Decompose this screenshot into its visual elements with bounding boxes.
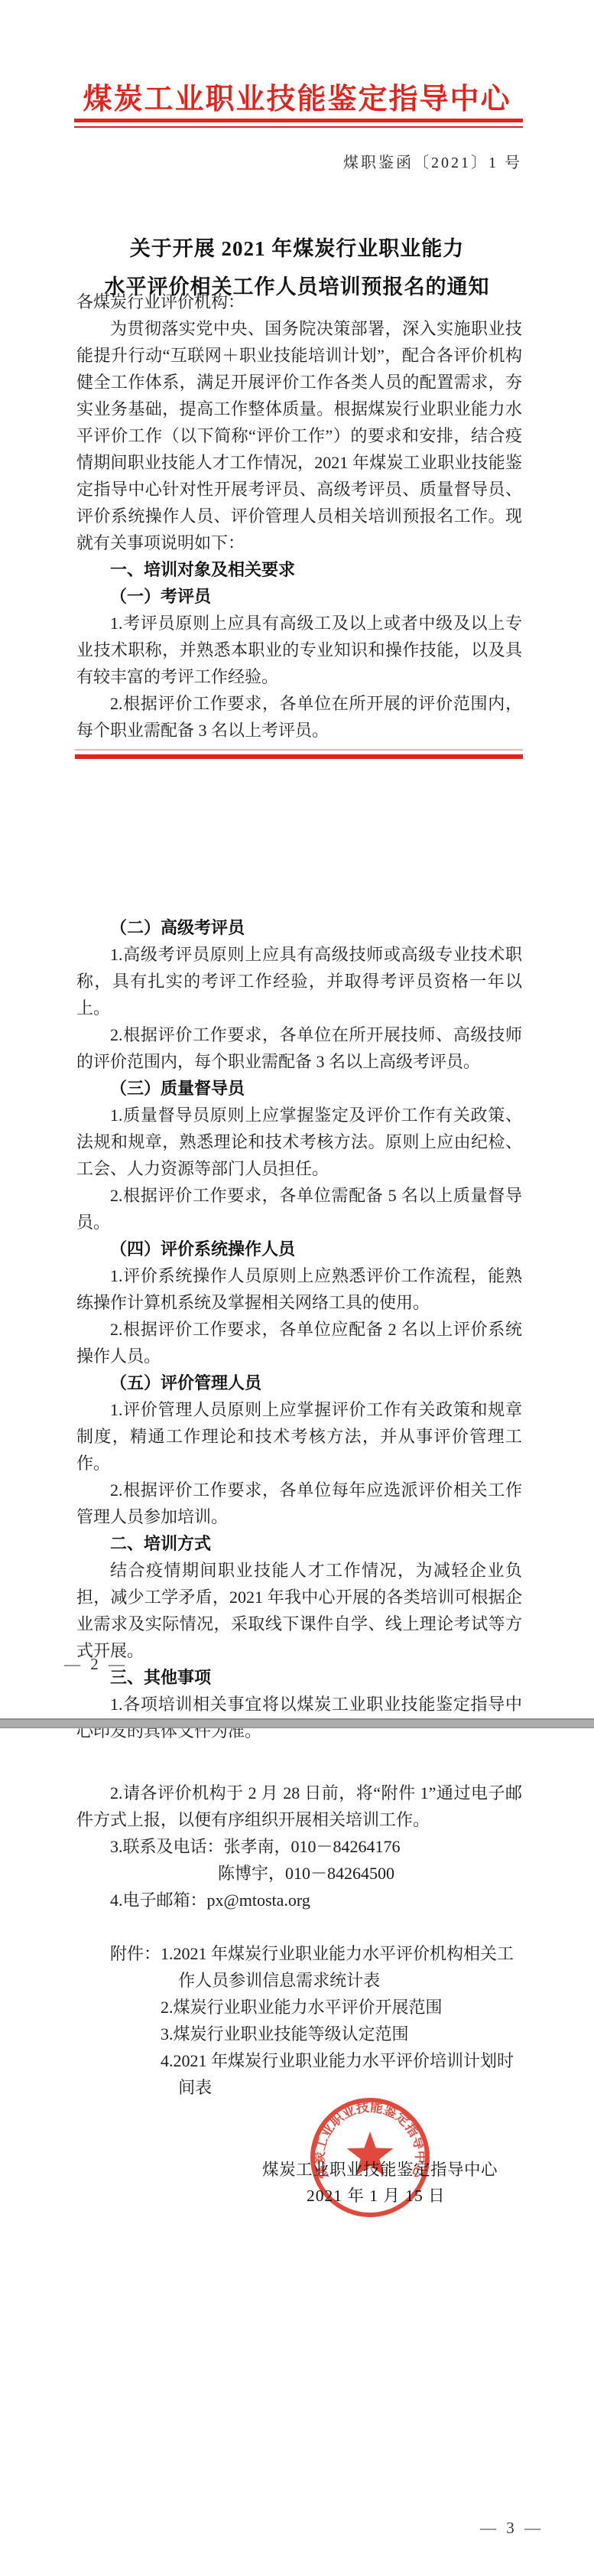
document-title-line1: 关于开展 2021 年煤炭行业职业能力: [0, 230, 594, 268]
paragraph: 结合疫情期间职业技能人才工作情况，为减轻企业负担，减少工学矛盾，2021 年我中…: [76, 1557, 522, 1664]
intro-paragraph: 为贯彻落实党中央、国务院决策部署，深入实施职业技能提升行动“互联网＋职业技能培训…: [76, 315, 522, 556]
paragraph: 1.高级考评员原则上应具有高级技师或高级专业技术职称，具有扎实的考评工作经验，并…: [76, 941, 522, 1021]
page-separator-bar: [0, 1718, 594, 1728]
sub-2-heading: （二）高级考评员: [76, 914, 522, 941]
paragraph: 2.请各评价机构于 2 月 28 日前，将“附件 1”通过电子邮件方式上报，以便…: [76, 1780, 522, 1833]
page1-bottom-rule-thick: [75, 754, 523, 759]
sub-1-heading: （一）考评员: [76, 583, 522, 610]
salutation: 各煤炭行业评价机构：: [76, 288, 522, 315]
header-rule-thick: [74, 119, 523, 122]
attachment-item: 4.2021 年煤炭行业职业能力水平评价培训计划时间表: [161, 2047, 527, 2101]
contact-line-2: 陈博宇，010－84264500: [76, 1860, 522, 1887]
paragraph: 2.根据评价工作要求，各单位需配备 5 名以上质量督导员。: [76, 1182, 522, 1236]
section-2-heading: 二、培训方式: [76, 1530, 522, 1557]
attachment-item: 1.2021 年煤炭行业职业能力水平评价机构相关工作人员参训信息需求统计表: [161, 1940, 527, 1994]
attachment-item: 2.煤炭行业职业能力水平评价开展范围: [161, 1994, 527, 2021]
page3-body: 2.请各评价机构于 2 月 28 日前，将“附件 1”通过电子邮件方式上报，以便…: [76, 1780, 522, 1913]
paragraph: 2.根据评价工作要求，各单位在所开展的评价范围内，每个职业需配备 3 名以上考评…: [76, 690, 522, 744]
sub-3-heading: （三）质量督导员: [76, 1075, 522, 1102]
page-2-number: — 2 —: [64, 1655, 128, 1674]
paragraph: 1.各项培训相关事宜将以煤炭工业职业技能鉴定指导中心印发的具体文件为准。: [76, 1691, 522, 1744]
attachments-list: 1.2021 年煤炭行业职业能力水平评价机构相关工作人员参训信息需求统计表 2.…: [161, 1940, 527, 2101]
signature-date: 2021 年 1 月 15 日: [307, 2183, 446, 2206]
contact-line-1: 3.联系及电话：张孝南，010－84264176: [76, 1833, 522, 1860]
attachments-label: 附件：: [110, 1940, 161, 1967]
attachments-block: 附件： 1.2021 年煤炭行业职业能力水平评价机构相关工作人员参训信息需求统计…: [110, 1940, 527, 2101]
paragraph: 2.根据评价工作要求，各单位每年应选派评价相关工作管理人员参加培训。: [76, 1477, 522, 1530]
paragraph: 2.根据评价工作要求，各单位应配备 2 名以上评价系统操作人员。: [76, 1316, 522, 1369]
paragraph: 1.评价管理人员原则上应掌握评价工作有关政策和规章制度，精通工作理论和技术考核方…: [76, 1396, 522, 1477]
sub-5-heading: （五）评价管理人员: [76, 1369, 522, 1396]
header-rule-thin: [74, 126, 523, 128]
document-number: 煤职鉴函〔2021〕1 号: [343, 150, 522, 172]
org-header-title: 煤炭工业职业技能鉴定指导中心: [0, 75, 594, 117]
page2-body: （二）高级考评员 1.高级考评员原则上应具有高级技师或高级专业技术职称，具有扎实…: [76, 914, 522, 1744]
section-3-heading: 三、其他事项: [76, 1664, 522, 1691]
page1-body: 各煤炭行业评价机构： 为贯彻落实党中央、国务院决策部署，深入实施职业技能提升行动…: [76, 288, 522, 744]
page-3-number: — 3 —: [480, 2519, 544, 2538]
attachment-item: 3.煤炭行业职业技能等级认定范围: [161, 2021, 527, 2047]
paragraph: 1.质量督导员原则上应掌握鉴定及评价工作有关政策、法规和规章，熟悉理论和技术考核…: [76, 1102, 522, 1182]
document-canvas: { "colors": { "accent_red": "#e0241c", "…: [0, 0, 594, 2576]
paragraph: 1.评价系统操作人员原则上应熟悉评价工作流程，能熟练操作计算机系统及掌握相关网络…: [76, 1262, 522, 1316]
email-line: 4.电子邮箱：px@mtosta.org: [76, 1887, 522, 1913]
signature-org-name: 煤炭工业职业技能鉴定指导中心: [262, 2157, 498, 2180]
page1-bottom-rule-thin: [75, 749, 523, 751]
paragraph: 1.考评员原则上应具有高级工及以上或者中级及以上专业技术职称，并熟悉本职业的专业…: [76, 610, 522, 690]
section-1-heading: 一、培训对象及相关要求: [76, 556, 522, 583]
sub-4-heading: （四）评价系统操作人员: [76, 1236, 522, 1262]
paragraph: 2.根据评价工作要求，各单位在所开展技师、高级技师的评价范围内，每个职业需配备 …: [76, 1021, 522, 1075]
